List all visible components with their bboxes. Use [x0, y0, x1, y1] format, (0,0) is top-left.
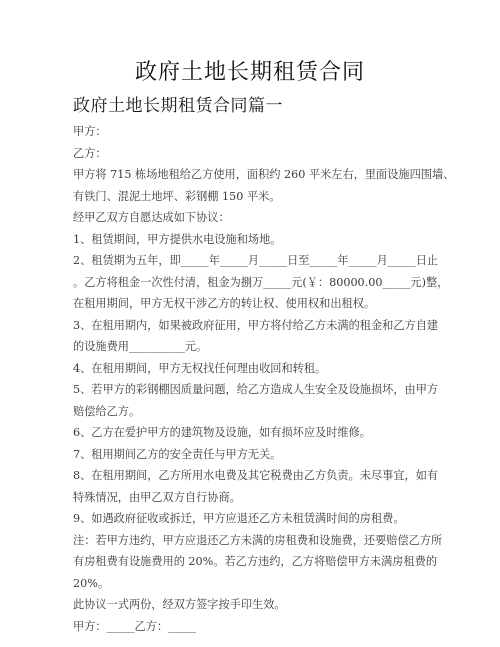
document-page: 政府土地长期租赁合同 政府土地长期租赁合同篇一 甲方： 乙方： 甲方将 715 …: [0, 0, 500, 647]
clause-5: 5、若甲方的彩钢棚因质量问题，给乙方造成人生安全及设施损坏，由甲方: [73, 379, 473, 401]
clause-2-cont: 在租用期间，甲方无权干涉乙方的转让权、使用权和出租权。: [73, 293, 473, 315]
clause-3-cont: 的设施费用__________元。: [73, 336, 473, 358]
clause-7: 7、租用期间乙方的安全责任与甲方无关。: [73, 444, 473, 466]
paragraph-line: 经甲乙双方自愿达成如下协议：: [73, 207, 473, 229]
clause-8: 8、在租用期间，乙方所用水电费及其它税费由乙方负责。未尽事宜，如有: [73, 465, 473, 487]
note-line-cont: 有房租费有设施费用的 20%。若乙方违约，乙方将赔偿甲方未满房租费的: [73, 551, 473, 573]
clause-1: 1、租赁期间，甲方提供水电设施和场地。: [73, 229, 473, 251]
note-line: 注：若甲方违约，甲方应退还乙方未满的房租费和设施费，还要赔偿乙方所: [73, 530, 473, 552]
document-title: 政府土地长期租赁合同: [0, 58, 500, 88]
section-heading: 政府土地长期租赁合同篇一: [73, 94, 283, 118]
clause-2: 2、租赁期为五年，即_____年_____月_____日至_____年_____…: [73, 250, 473, 272]
clause-5-cont: 赔偿给乙方。: [73, 401, 473, 423]
clause-8-cont: 特殊情况，由甲乙双方自行协商。: [73, 487, 473, 509]
paragraph-line: 有铁门、混泥土地坪、彩钢棚 150 平米。: [73, 186, 473, 208]
clause-2-cont: 。乙方将租金一次性付清，租金为捌万_____元(￥：80000.00_____元…: [73, 272, 473, 294]
signature-line: 甲方：_____乙方：_____: [73, 616, 473, 638]
party-b-line: 乙方：: [73, 143, 473, 165]
contract-body: 甲方： 乙方： 甲方将 715 栋场地租给乙方使用，面积约 260 平米左右，里…: [73, 121, 473, 637]
closing-line: 此协议一式两份，经双方签字按手印生效。: [73, 594, 473, 616]
paragraph-line: 甲方将 715 栋场地租给乙方使用，面积约 260 平米左右，里面设施四围墙、: [73, 164, 473, 186]
note-line-cont: 20%。: [73, 573, 473, 595]
party-a-line: 甲方：: [73, 121, 473, 143]
clause-3: 3、在租用期内，如果被政府征用，甲方将付给乙方未满的租金和乙方自建: [73, 315, 473, 337]
clause-9: 9、如遇政府征收或拆迁，甲方应退还乙方未租赁满时间的房租费。: [73, 508, 473, 530]
clause-4: 4、在租用期间，甲方无权找任何理由收回和转租。: [73, 358, 473, 380]
clause-6: 6、乙方在爱护甲方的建筑物及设施，如有损坏应及时维修。: [73, 422, 473, 444]
